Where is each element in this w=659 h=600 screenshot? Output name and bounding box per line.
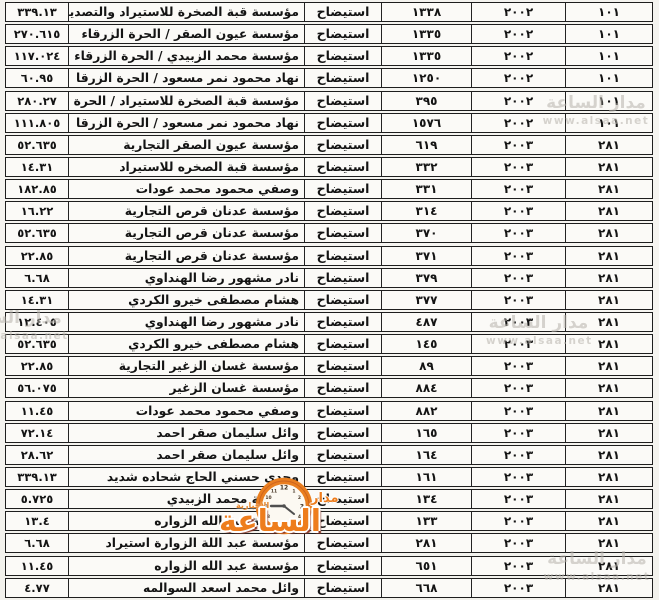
amount-cell: ١١١.٨٠٥ — [6, 114, 69, 132]
status-cell: استيضاح — [305, 158, 382, 176]
serial-cell: ١٣٣٨ — [382, 3, 472, 21]
status-cell: استيضاح — [305, 490, 382, 508]
amount-cell: ٢٧٠.٦١٥ — [6, 25, 69, 43]
year-cell: ٢٠٠٣ — [472, 490, 566, 508]
name-cell: مؤسسة محمد الزبيدي — [69, 490, 305, 508]
year-cell: ٢٠٠٣ — [472, 291, 566, 309]
year-cell: ٢٠٠٣ — [472, 247, 566, 265]
table-row: ١٠١ ٢٠٠٢ ١٣٣٨ استيضاح مؤسسة قبة الصخرة ل… — [5, 2, 653, 22]
status-cell: استيضاح — [305, 402, 382, 420]
name-cell: وصفي محمود محمد عودات — [69, 402, 305, 420]
amount-cell: ٥٢.٦٣٥ — [6, 136, 69, 154]
status-cell: استيضاح — [305, 92, 382, 110]
serial-cell: ١٦٥ — [382, 424, 472, 442]
serial-cell: ٦٥١ — [382, 557, 472, 575]
serial-cell: ٣١٤ — [382, 202, 472, 220]
table-row: ٢٨١ ٢٠٠٣ ٣٣١ استيضاح وصفي محمود محمد عود… — [5, 179, 653, 199]
name-cell: وصفي محمود محمد عودات — [69, 180, 305, 198]
amount-cell: ١٦.٢٢ — [6, 202, 69, 220]
records-table: ١٠١ ٢٠٠٢ ١٣٣٨ استيضاح مؤسسة قبة الصخرة ل… — [5, 2, 653, 598]
status-cell: استيضاح — [305, 468, 382, 486]
code-cell: ١٠١ — [566, 25, 652, 43]
amount-cell: ٢٨.٦٢ — [6, 446, 69, 464]
status-cell: استيضاح — [305, 424, 382, 442]
status-cell: استيضاح — [305, 446, 382, 464]
amount-cell: ٢٢.٨٥ — [6, 357, 69, 375]
table-row: ٢٨١ ٢٠٠٣ ١٣٣ استيضاح مؤسسة عبد الله الزو… — [5, 511, 653, 531]
amount-cell: ١١.٤٥ — [6, 402, 69, 420]
year-cell: ٢٠٠٢ — [472, 3, 566, 21]
serial-cell: ٦٦٨ — [382, 579, 472, 597]
serial-cell: ٣٧٩ — [382, 269, 472, 287]
code-cell: ٢٨١ — [566, 247, 652, 265]
code-cell: ١٠١ — [566, 92, 652, 110]
table-row: ٢٨١ ٢٠٠٣ ٣٣٢ استيضاح مؤسسة قبة الصخره لل… — [5, 157, 653, 177]
amount-cell: ٢٢.٨٥ — [6, 247, 69, 265]
table-row: ٢٨١ ٢٠٠٣ ٣٧٧ استيضاح هشام مصطفى خيرو الك… — [5, 290, 653, 310]
serial-cell: ٨٨٢ — [382, 402, 472, 420]
amount-cell: ١٤.٣١ — [6, 291, 69, 309]
name-cell: وائل سليمان صقر احمد — [69, 424, 305, 442]
table-row: ١٠١ ٢٠٠٢ ١٣٣٥ استيضاح مؤسسة عيون الصقر /… — [5, 24, 653, 44]
code-cell: ٢٨١ — [566, 446, 652, 464]
code-cell: ٢٨١ — [566, 180, 652, 198]
serial-cell: ١٦٤ — [382, 446, 472, 464]
amount-cell: ١٢.٤٠٥ — [6, 313, 69, 331]
name-cell: نادر مشهور رضا الهنداوي — [69, 269, 305, 287]
status-cell: استيضاح — [305, 114, 382, 132]
serial-cell: ١٥٧٦ — [382, 114, 472, 132]
amount-cell: ١٣.٤ — [6, 512, 69, 530]
name-cell: مؤسسة عبد الله الزواره — [69, 512, 305, 530]
year-cell: ٢٠٠٣ — [472, 202, 566, 220]
amount-cell: ٥٦.٠٧٥ — [6, 379, 69, 397]
name-cell: مؤسسة عبد الله الزواره — [69, 557, 305, 575]
year-cell: ٢٠٠٣ — [472, 158, 566, 176]
table-row: ٢٨١ ٢٠٠٣ ١٦٤ استيضاح وائل سليمان صقر احم… — [5, 445, 653, 465]
serial-cell: ٣٧١ — [382, 247, 472, 265]
serial-cell: ١٣٤ — [382, 490, 472, 508]
name-cell: مؤسسة محمد الزبيدي / الحرة الزرقاء — [69, 47, 305, 65]
serial-cell: ٢٨١ — [382, 534, 472, 552]
name-cell: وجدي حسني الحاج شحاده شديد — [69, 468, 305, 486]
year-cell: ٢٠٠٣ — [472, 313, 566, 331]
table-row: ٢٨١ ٢٠٠٣ ٦١٩ استيضاح مؤسسة عيون الصقر ال… — [5, 135, 653, 155]
amount-cell: ٥٢.٦٣٥ — [6, 224, 69, 242]
code-cell: ٢٨١ — [566, 335, 652, 353]
code-cell: ١٠١ — [566, 3, 652, 21]
serial-cell: ١٣٣٥ — [382, 47, 472, 65]
code-cell: ٢٨١ — [566, 490, 652, 508]
serial-cell: ١٣٣٥ — [382, 25, 472, 43]
status-cell: استيضاح — [305, 557, 382, 575]
status-cell: استيضاح — [305, 313, 382, 331]
code-cell: ٢٨١ — [566, 512, 652, 530]
table-row: ٢٨١ ٢٠٠٣ ٣٧٩ استيضاح نادر مشهور رضا الهن… — [5, 268, 653, 288]
year-cell: ٢٠٠٣ — [472, 424, 566, 442]
year-cell: ٢٠٠٣ — [472, 534, 566, 552]
code-cell: ٢٨١ — [566, 136, 652, 154]
year-cell: ٢٠٠٢ — [472, 69, 566, 87]
name-cell: مؤسسة عيون الصقر / الحرة الزرقاء — [69, 25, 305, 43]
amount-cell: ٦.٦٨ — [6, 269, 69, 287]
table-row: ٢٨١ ٢٠٠٣ ٣٧١ استيضاح مؤسسة عدنان قرص الت… — [5, 246, 653, 266]
amount-cell: ٢٨٠.٢٧ — [6, 92, 69, 110]
amount-cell: ٦٠.٩٥ — [6, 69, 69, 87]
year-cell: ٢٠٠٣ — [472, 557, 566, 575]
name-cell: مؤسسة قبة الصخرة للاستيراد والتصدير — [69, 3, 305, 21]
table-row: ١٠١ ٢٠٠٢ ١٥٧٦ استيضاح نهاد محمود نمر مسع… — [5, 113, 653, 133]
code-cell: ١٠١ — [566, 47, 652, 65]
table-row: ٢٨١ ٢٠٠٣ ٣١٤ استيضاح مؤسسة عدنان قرص الت… — [5, 201, 653, 221]
amount-cell: ١٤.٣١ — [6, 158, 69, 176]
status-cell: استيضاح — [305, 357, 382, 375]
name-cell: مؤسسة قبة الصخره للاستيراد — [69, 158, 305, 176]
name-cell: وائل سليمان صقر احمد — [69, 446, 305, 464]
status-cell: استيضاح — [305, 247, 382, 265]
table-row: ٢٨١ ٢٠٠٣ ٤٨٧ استيضاح نادر مشهور رضا الهن… — [5, 312, 653, 332]
status-cell: استيضاح — [305, 512, 382, 530]
code-cell: ٢٨١ — [566, 579, 652, 597]
amount-cell: ٥.٧٢٥ — [6, 490, 69, 508]
name-cell: هشام مصطفى خيرو الكردي — [69, 335, 305, 353]
code-cell: ٢٨١ — [566, 202, 652, 220]
amount-cell: ٧٢.١٤ — [6, 424, 69, 442]
year-cell: ٢٠٠٣ — [472, 180, 566, 198]
name-cell: نهاد محمود نمر مسعود / الحرة الزرقا — [69, 69, 305, 87]
status-cell: استيضاح — [305, 224, 382, 242]
status-cell: استيضاح — [305, 579, 382, 597]
name-cell: مؤسسة عدنان قرص التجارية — [69, 224, 305, 242]
table-row: ١٠١ ٢٠٠٢ ١٢٥٠ استيضاح نهاد محمود نمر مسع… — [5, 68, 653, 88]
status-cell: استيضاح — [305, 202, 382, 220]
table-row: ١٠١ ٢٠٠٢ ٣٩٥ استيضاح مؤسسة قبة الصخرة لل… — [5, 91, 653, 111]
serial-cell: ١٣٣ — [382, 512, 472, 530]
name-cell: مؤسسة غسان الزغير التجارية — [69, 357, 305, 375]
code-cell: ٢٨١ — [566, 357, 652, 375]
table-row: ٢٨١ ٢٠٠٣ ١٦١ استيضاح وجدي حسني الحاج شحا… — [5, 467, 653, 487]
status-cell: استيضاح — [305, 269, 382, 287]
serial-cell: ١٦١ — [382, 468, 472, 486]
table-row: ٢٨١ ٢٠٠٣ ٣٧٠ استيضاح مؤسسة عدنان قرص الت… — [5, 223, 653, 243]
code-cell: ٢٨١ — [566, 291, 652, 309]
status-cell: استيضاح — [305, 136, 382, 154]
serial-cell: ٣٧٠ — [382, 224, 472, 242]
status-cell: استيضاح — [305, 3, 382, 21]
serial-cell: ٨٨٤ — [382, 379, 472, 397]
status-cell: استيضاح — [305, 25, 382, 43]
status-cell: استيضاح — [305, 534, 382, 552]
status-cell: استيضاح — [305, 379, 382, 397]
year-cell: ٢٠٠٢ — [472, 92, 566, 110]
year-cell: ٢٠٠٣ — [472, 446, 566, 464]
serial-cell: ٦١٩ — [382, 136, 472, 154]
status-cell: استيضاح — [305, 69, 382, 87]
code-cell: ٢٨١ — [566, 557, 652, 575]
year-cell: ٢٠٠٣ — [472, 269, 566, 287]
status-cell: استيضاح — [305, 180, 382, 198]
serial-cell: ١٤٥ — [382, 335, 472, 353]
year-cell: ٢٠٠٢ — [472, 114, 566, 132]
serial-cell: ٣٩٥ — [382, 92, 472, 110]
amount-cell: ٣٣٩.١٣ — [6, 468, 69, 486]
code-cell: ٢٨١ — [566, 313, 652, 331]
amount-cell: ١٨٢.٨٥ — [6, 180, 69, 198]
serial-cell: ٤٨٧ — [382, 313, 472, 331]
code-cell: ١٠١ — [566, 114, 652, 132]
table-row: ٢٨١ ٢٠٠٣ ٦٥١ استيضاح مؤسسة عبد الله الزو… — [5, 556, 653, 576]
serial-cell: ٣٧٧ — [382, 291, 472, 309]
serial-cell: ١٢٥٠ — [382, 69, 472, 87]
year-cell: ٢٠٠٣ — [472, 512, 566, 530]
amount-cell: ٣٣٩.١٣ — [6, 3, 69, 21]
name-cell: مؤسسة عيون الصقر التجارية — [69, 136, 305, 154]
table-row: ٢٨١ ٢٠٠٣ ٨٨٢ استيضاح وصفي محمود محمد عود… — [5, 401, 653, 421]
name-cell: مؤسسة عدنان قرص التجارية — [69, 202, 305, 220]
year-cell: ٢٠٠٣ — [472, 579, 566, 597]
amount-cell: ٥٢.٦٣٥ — [6, 335, 69, 353]
code-cell: ٢٨١ — [566, 158, 652, 176]
year-cell: ٢٠٠٣ — [472, 402, 566, 420]
amount-cell: ١١٧.٠٢٤ — [6, 47, 69, 65]
code-cell: ٢٨١ — [566, 468, 652, 486]
table-row: ١٠١ ٢٠٠٢ ١٣٣٥ استيضاح مؤسسة محمد الزبيدي… — [5, 46, 653, 66]
name-cell: وائل محمد اسعد السوالمه — [69, 579, 305, 597]
year-cell: ٢٠٠٣ — [472, 136, 566, 154]
year-cell: ٢٠٠٣ — [472, 335, 566, 353]
name-cell: نهاد محمود نمر مسعود / الحرة الزرقا — [69, 114, 305, 132]
scanned-document-page: ١٠١ ٢٠٠٢ ١٣٣٨ استيضاح مؤسسة قبة الصخرة ل… — [0, 0, 659, 600]
name-cell: مؤسسة غسان الزغير — [69, 379, 305, 397]
table-row: ٢٨١ ٢٠٠٣ ٦٦٨ استيضاح وائل محمد اسعد السو… — [5, 578, 653, 598]
table-row: ٢٨١ ٢٠٠٣ ١٣٤ استيضاح مؤسسة محمد الزبيدي … — [5, 489, 653, 509]
amount-cell: ٦.٦٨ — [6, 534, 69, 552]
code-cell: ٢٨١ — [566, 224, 652, 242]
table-row: ٢٨١ ٢٠٠٣ ١٤٥ استيضاح هشام مصطفى خيرو الك… — [5, 334, 653, 354]
code-cell: ٢٨١ — [566, 269, 652, 287]
code-cell: ١٠١ — [566, 69, 652, 87]
code-cell: ٢٨١ — [566, 402, 652, 420]
table-row: ٢٨١ ٢٠٠٣ ١٦٥ استيضاح وائل سليمان صقر احم… — [5, 423, 653, 443]
code-cell: ٢٨١ — [566, 424, 652, 442]
serial-cell: ٣٣٢ — [382, 158, 472, 176]
table-row: ٢٨١ ٢٠٠٣ ٢٨١ استيضاح مؤسسة عبد اللة الزو… — [5, 533, 653, 553]
year-cell: ٢٠٠٢ — [472, 25, 566, 43]
amount-cell: ١١.٤٥ — [6, 557, 69, 575]
code-cell: ٢٨١ — [566, 534, 652, 552]
year-cell: ٢٠٠٣ — [472, 379, 566, 397]
serial-cell: ٨٩ — [382, 357, 472, 375]
year-cell: ٢٠٠٣ — [472, 357, 566, 375]
code-cell: ٢٨١ — [566, 379, 652, 397]
name-cell: هشام مصطفى خيرو الكردي — [69, 291, 305, 309]
status-cell: استيضاح — [305, 47, 382, 65]
name-cell: مؤسسة قبة الصخرة للاستيراد / الحرة ا — [69, 92, 305, 110]
status-cell: استيضاح — [305, 291, 382, 309]
amount-cell: ٤.٧٧ — [6, 579, 69, 597]
year-cell: ٢٠٠٣ — [472, 468, 566, 486]
name-cell: مؤسسة عدنان قرص التجارية — [69, 247, 305, 265]
table-row: ٢٨١ ٢٠٠٣ ٨٨٤ استيضاح مؤسسة غسان الزغير ٥… — [5, 378, 653, 398]
table-row: ٢٨١ ٢٠٠٣ ٨٩ استيضاح مؤسسة غسان الزغير ال… — [5, 356, 653, 376]
status-cell: استيضاح — [305, 335, 382, 353]
year-cell: ٢٠٠٣ — [472, 224, 566, 242]
serial-cell: ٣٣١ — [382, 180, 472, 198]
name-cell: نادر مشهور رضا الهنداوي — [69, 313, 305, 331]
name-cell: مؤسسة عبد اللة الزوارة استيراد — [69, 534, 305, 552]
year-cell: ٢٠٠٢ — [472, 47, 566, 65]
